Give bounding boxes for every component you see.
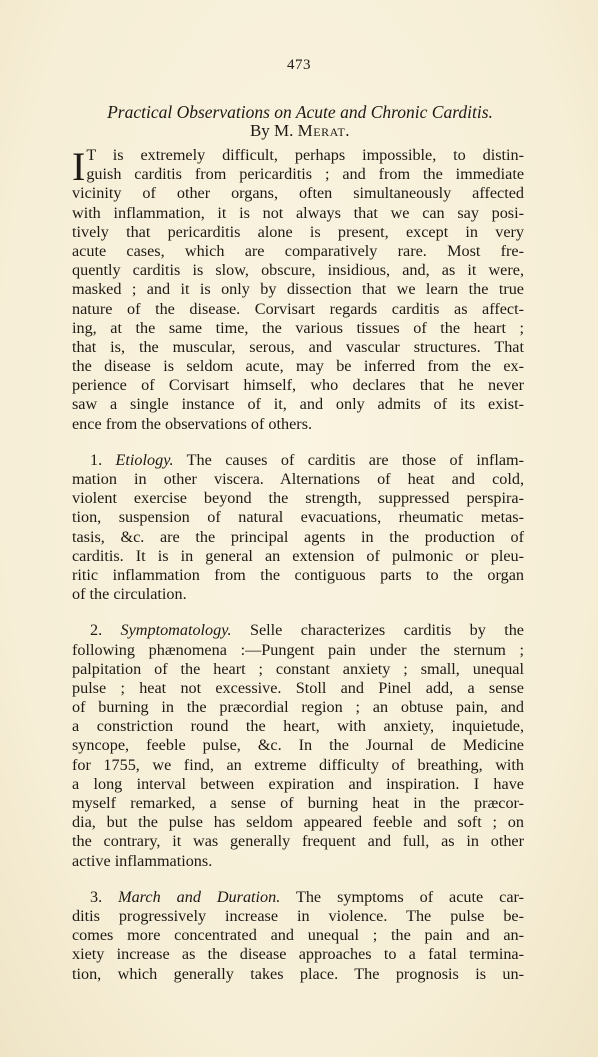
text-line: guish carditis from pericarditis ; and f… bbox=[72, 165, 524, 184]
text-line: that is, the muscular, serous, and vascu… bbox=[72, 338, 524, 357]
text-run: The causes of carditis are those of infl… bbox=[187, 451, 524, 469]
text-line: active inflammations. bbox=[72, 852, 524, 871]
text-line: mation in other viscera. Alternations of… bbox=[72, 470, 524, 489]
text-line: quently carditis is slow, obscure, insid… bbox=[72, 261, 524, 280]
section-etiology: 1. Etiology. The causes of carditis are … bbox=[72, 451, 524, 605]
intro-paragraph: I T is extremely difficult, perhaps impo… bbox=[72, 146, 524, 434]
section-heading: March and Duration. bbox=[118, 888, 280, 906]
text-line: ence from the observations of others. bbox=[72, 415, 524, 434]
text-line: the disease is seldom acute, may be infe… bbox=[72, 357, 524, 376]
text-line: vicinity of other organs, often simultan… bbox=[72, 184, 524, 203]
text-line: tasis, &c. are the principal agents in t… bbox=[72, 528, 524, 547]
text-line: tively that pericarditis alone is presen… bbox=[72, 223, 524, 242]
text-line: a long interval between expiration and i… bbox=[72, 775, 524, 794]
text-line: dia, but the pulse has seldom appeared f… bbox=[72, 813, 524, 832]
text-line: tion, suspension of natural evacuations,… bbox=[72, 508, 524, 527]
text-line: nature of the disease. Corvisart regards… bbox=[72, 300, 524, 319]
section-heading: Symptomatology. bbox=[121, 621, 232, 639]
text-line: tion, which generally takes place. The p… bbox=[72, 965, 524, 984]
text-line: T is extremely difficult, perhaps imposs… bbox=[72, 146, 524, 165]
text-line: acute cases, which are comparatively rar… bbox=[72, 242, 524, 261]
article-title: Practical Observations on Acute and Chro… bbox=[62, 102, 538, 122]
text-line: masked ; and it is only by dissection th… bbox=[72, 280, 524, 299]
text-line: perience of Corvisart himself, who decla… bbox=[72, 376, 524, 395]
text-line: myself remarked, a sense of burning heat… bbox=[72, 794, 524, 813]
text-line: ing, at the same time, the various tissu… bbox=[72, 319, 524, 338]
article-body: I T is extremely difficult, perhaps impo… bbox=[72, 146, 524, 984]
section-march-and-duration: 3. March and Duration. The symptoms of a… bbox=[72, 888, 524, 984]
section-number: 2. bbox=[90, 621, 102, 639]
text-line: comes more concentrated and unequal ; th… bbox=[72, 926, 524, 945]
text-line: a constriction round the heart, with anx… bbox=[72, 717, 524, 736]
byline: By M. Merat. bbox=[62, 121, 538, 141]
author-name: Merat. bbox=[298, 121, 350, 140]
text-run: Selle characterizes carditis by the bbox=[250, 621, 524, 639]
text-run: The symptoms of acute car- bbox=[296, 888, 524, 906]
text-line: syncope, feeble pulse, &c. In the Journa… bbox=[72, 736, 524, 755]
text-line: palpitation of the heart ; constant anxi… bbox=[72, 660, 524, 679]
text-line: following phænomena :—Pungent pain under… bbox=[72, 641, 524, 660]
text-line: ritic inflammation from the contiguous p… bbox=[72, 566, 524, 585]
text-line: ditis progressively increase in violence… bbox=[72, 907, 524, 926]
section-heading: Etiology. bbox=[116, 451, 174, 469]
text-line: xiety increase as the disease approaches… bbox=[72, 945, 524, 964]
text-line: of burning in the præcordial region ; an… bbox=[72, 698, 524, 717]
text-line: of the circulation. bbox=[72, 585, 524, 604]
section-number: 1. bbox=[90, 451, 102, 469]
text-line: pulse ; heat not excessive. Stoll and Pi… bbox=[72, 679, 524, 698]
section-first-line: 3. March and Duration. The symptoms of a… bbox=[72, 888, 524, 907]
text-line: violent exercise beyond the strength, su… bbox=[72, 489, 524, 508]
section-number: 3. bbox=[90, 888, 102, 906]
text-line: with inflammation, it is not always that… bbox=[72, 204, 524, 223]
text-line: for 1755, we find, an extreme difficulty… bbox=[72, 756, 524, 775]
section-first-line: 2. Symptomatology. Selle characterizes c… bbox=[72, 621, 524, 640]
text-line: the contrary, it was generally frequent … bbox=[72, 832, 524, 851]
drop-cap: I bbox=[72, 150, 85, 184]
text-line: carditis. It is in general an extension … bbox=[72, 547, 524, 566]
page-number: 473 bbox=[0, 57, 598, 74]
text-line: saw a single instance of it, and only ad… bbox=[72, 395, 524, 414]
section-symptomatology: 2. Symptomatology. Selle characterizes c… bbox=[72, 621, 524, 870]
byline-prefix: By M. bbox=[250, 121, 298, 140]
section-first-line: 1. Etiology. The causes of carditis are … bbox=[72, 451, 524, 470]
